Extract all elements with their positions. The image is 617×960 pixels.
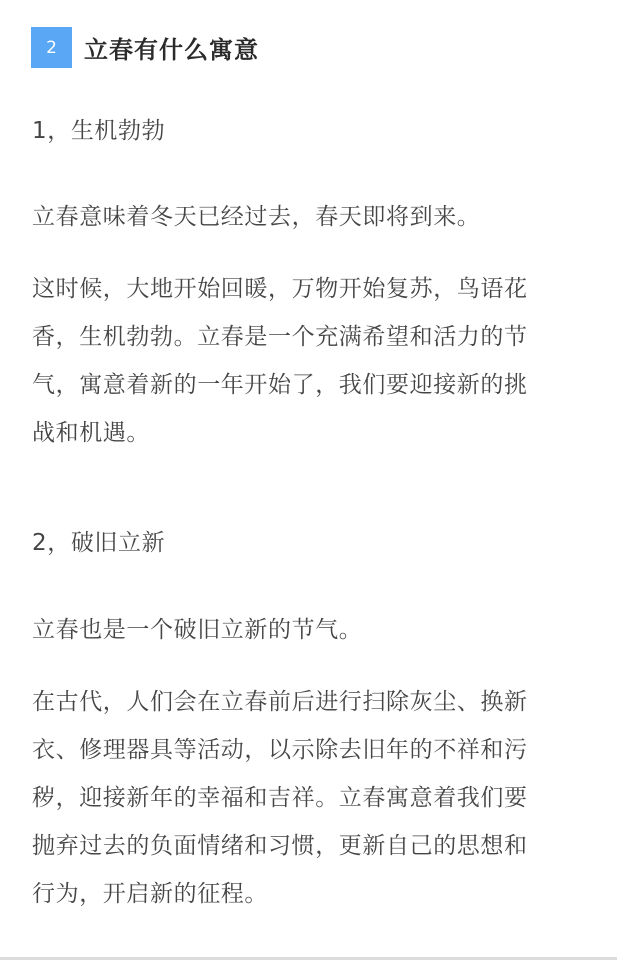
- section-title: 立春有什么寓意: [84, 30, 259, 65]
- paragraph-line: 在古代，人们会在立春前后进行扫除灰尘、换新: [32, 678, 592, 726]
- paragraph-line: 这时候，大地开始回暖，万物开始复苏，鸟语花: [32, 265, 592, 313]
- paragraph-line: 秽，迎接新年的幸福和吉祥。立春寓意着我们要: [32, 774, 592, 822]
- paragraph: 立春也是一个破旧立新的节气。: [32, 615, 362, 645]
- paragraph: 立春意味着冬天已经过去，春天即将到来。: [32, 202, 480, 232]
- paragraph: 在古代，人们会在立春前后进行扫除灰尘、换新 衣、修理器具等活动，以示除去旧年的不…: [32, 678, 592, 918]
- paragraph-line: 气，寓意着新的一年开始了，我们要迎接新的挑: [32, 361, 592, 409]
- paragraph-line: 战和机遇。: [32, 409, 592, 457]
- paragraph-line: 衣、修理器具等活动，以示除去旧年的不祥和污: [32, 726, 592, 774]
- item-heading-1: 1，生机勃勃: [32, 116, 165, 146]
- item-heading-2: 2，破旧立新: [32, 528, 165, 558]
- paragraph-line: 香，生机勃勃。立春是一个充满希望和活力的节: [32, 313, 592, 361]
- section-heading: 2 立春有什么寓意: [31, 27, 259, 68]
- paragraph: 这时候，大地开始回暖，万物开始复苏，鸟语花 香，生机勃勃。立春是一个充满希望和活…: [32, 265, 592, 457]
- section-number-badge: 2: [31, 27, 72, 68]
- paragraph-line: 行为，开启新的征程。: [32, 870, 592, 918]
- paragraph-line: 抛弃过去的负面情绪和习惯，更新自己的思想和: [32, 822, 592, 870]
